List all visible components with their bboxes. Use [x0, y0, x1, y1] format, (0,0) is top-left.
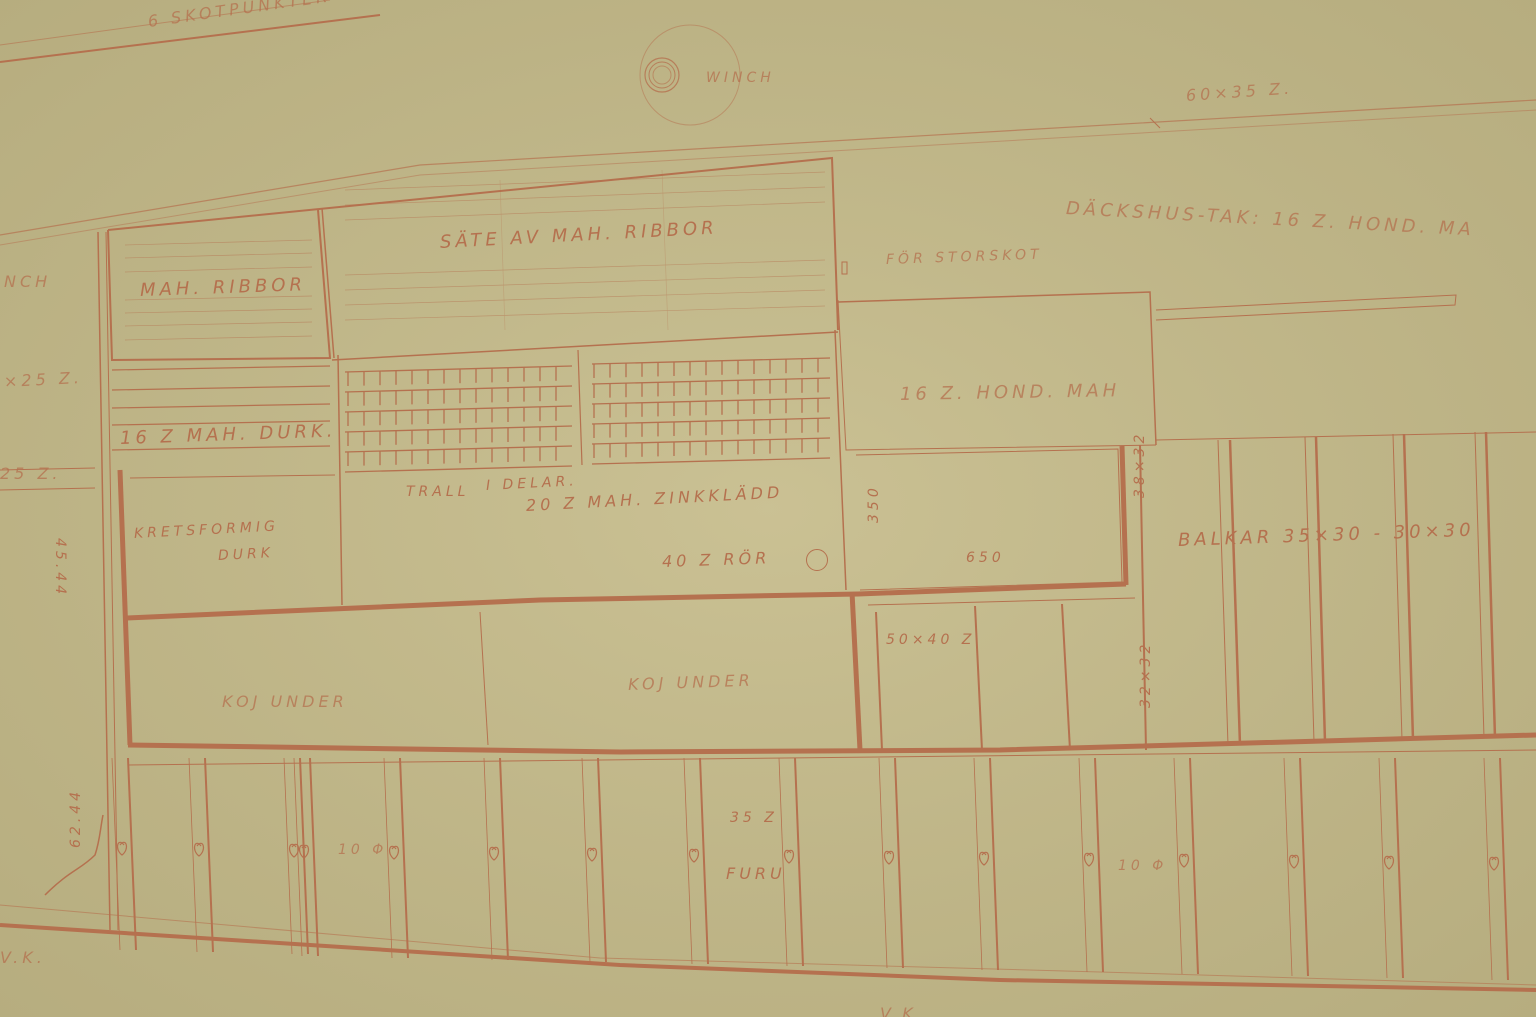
label-dim-350: 350	[866, 484, 882, 523]
label-vk-left: V.K.	[0, 948, 46, 967]
label-hond-mah: 16 Z. HOND. MAH	[900, 380, 1121, 405]
pipe-circle-icon	[806, 549, 828, 571]
label-dim-left-2: 25 Z.	[0, 464, 62, 483]
label-koj-under-1: KOJ UNDER	[222, 692, 348, 711]
label-dim-32x32: 32×32	[1138, 641, 1154, 708]
label-dim-10-b: 10 φ	[1118, 858, 1167, 874]
label-vk-bottom: V.K.	[880, 1004, 926, 1017]
label-trall: TRALL	[406, 484, 469, 500]
label-dim-62: 62.44	[68, 788, 84, 848]
label-dim-35z: 35 Z	[730, 810, 778, 826]
label-dim-650: 650	[966, 550, 1005, 566]
label-dim-38x32: 38×32	[1132, 431, 1148, 498]
blueprint-photo: 6 SKOTPUNKTER WINCH 60×35 Z. DÄCKSHUS-TA…	[0, 0, 1536, 1017]
label-durk-2: DURK	[218, 545, 275, 564]
label-dim-45: 45.44	[52, 538, 68, 598]
label-furu: FURU	[726, 864, 786, 883]
label-winch-left: NCH	[4, 272, 51, 291]
label-ror: 40 Z RÖR	[662, 548, 771, 571]
label-winch: WINCH	[706, 70, 775, 86]
label-dim-50x40: 50×40 Z	[886, 632, 975, 648]
label-dim-10-a: 10 φ	[338, 842, 387, 858]
